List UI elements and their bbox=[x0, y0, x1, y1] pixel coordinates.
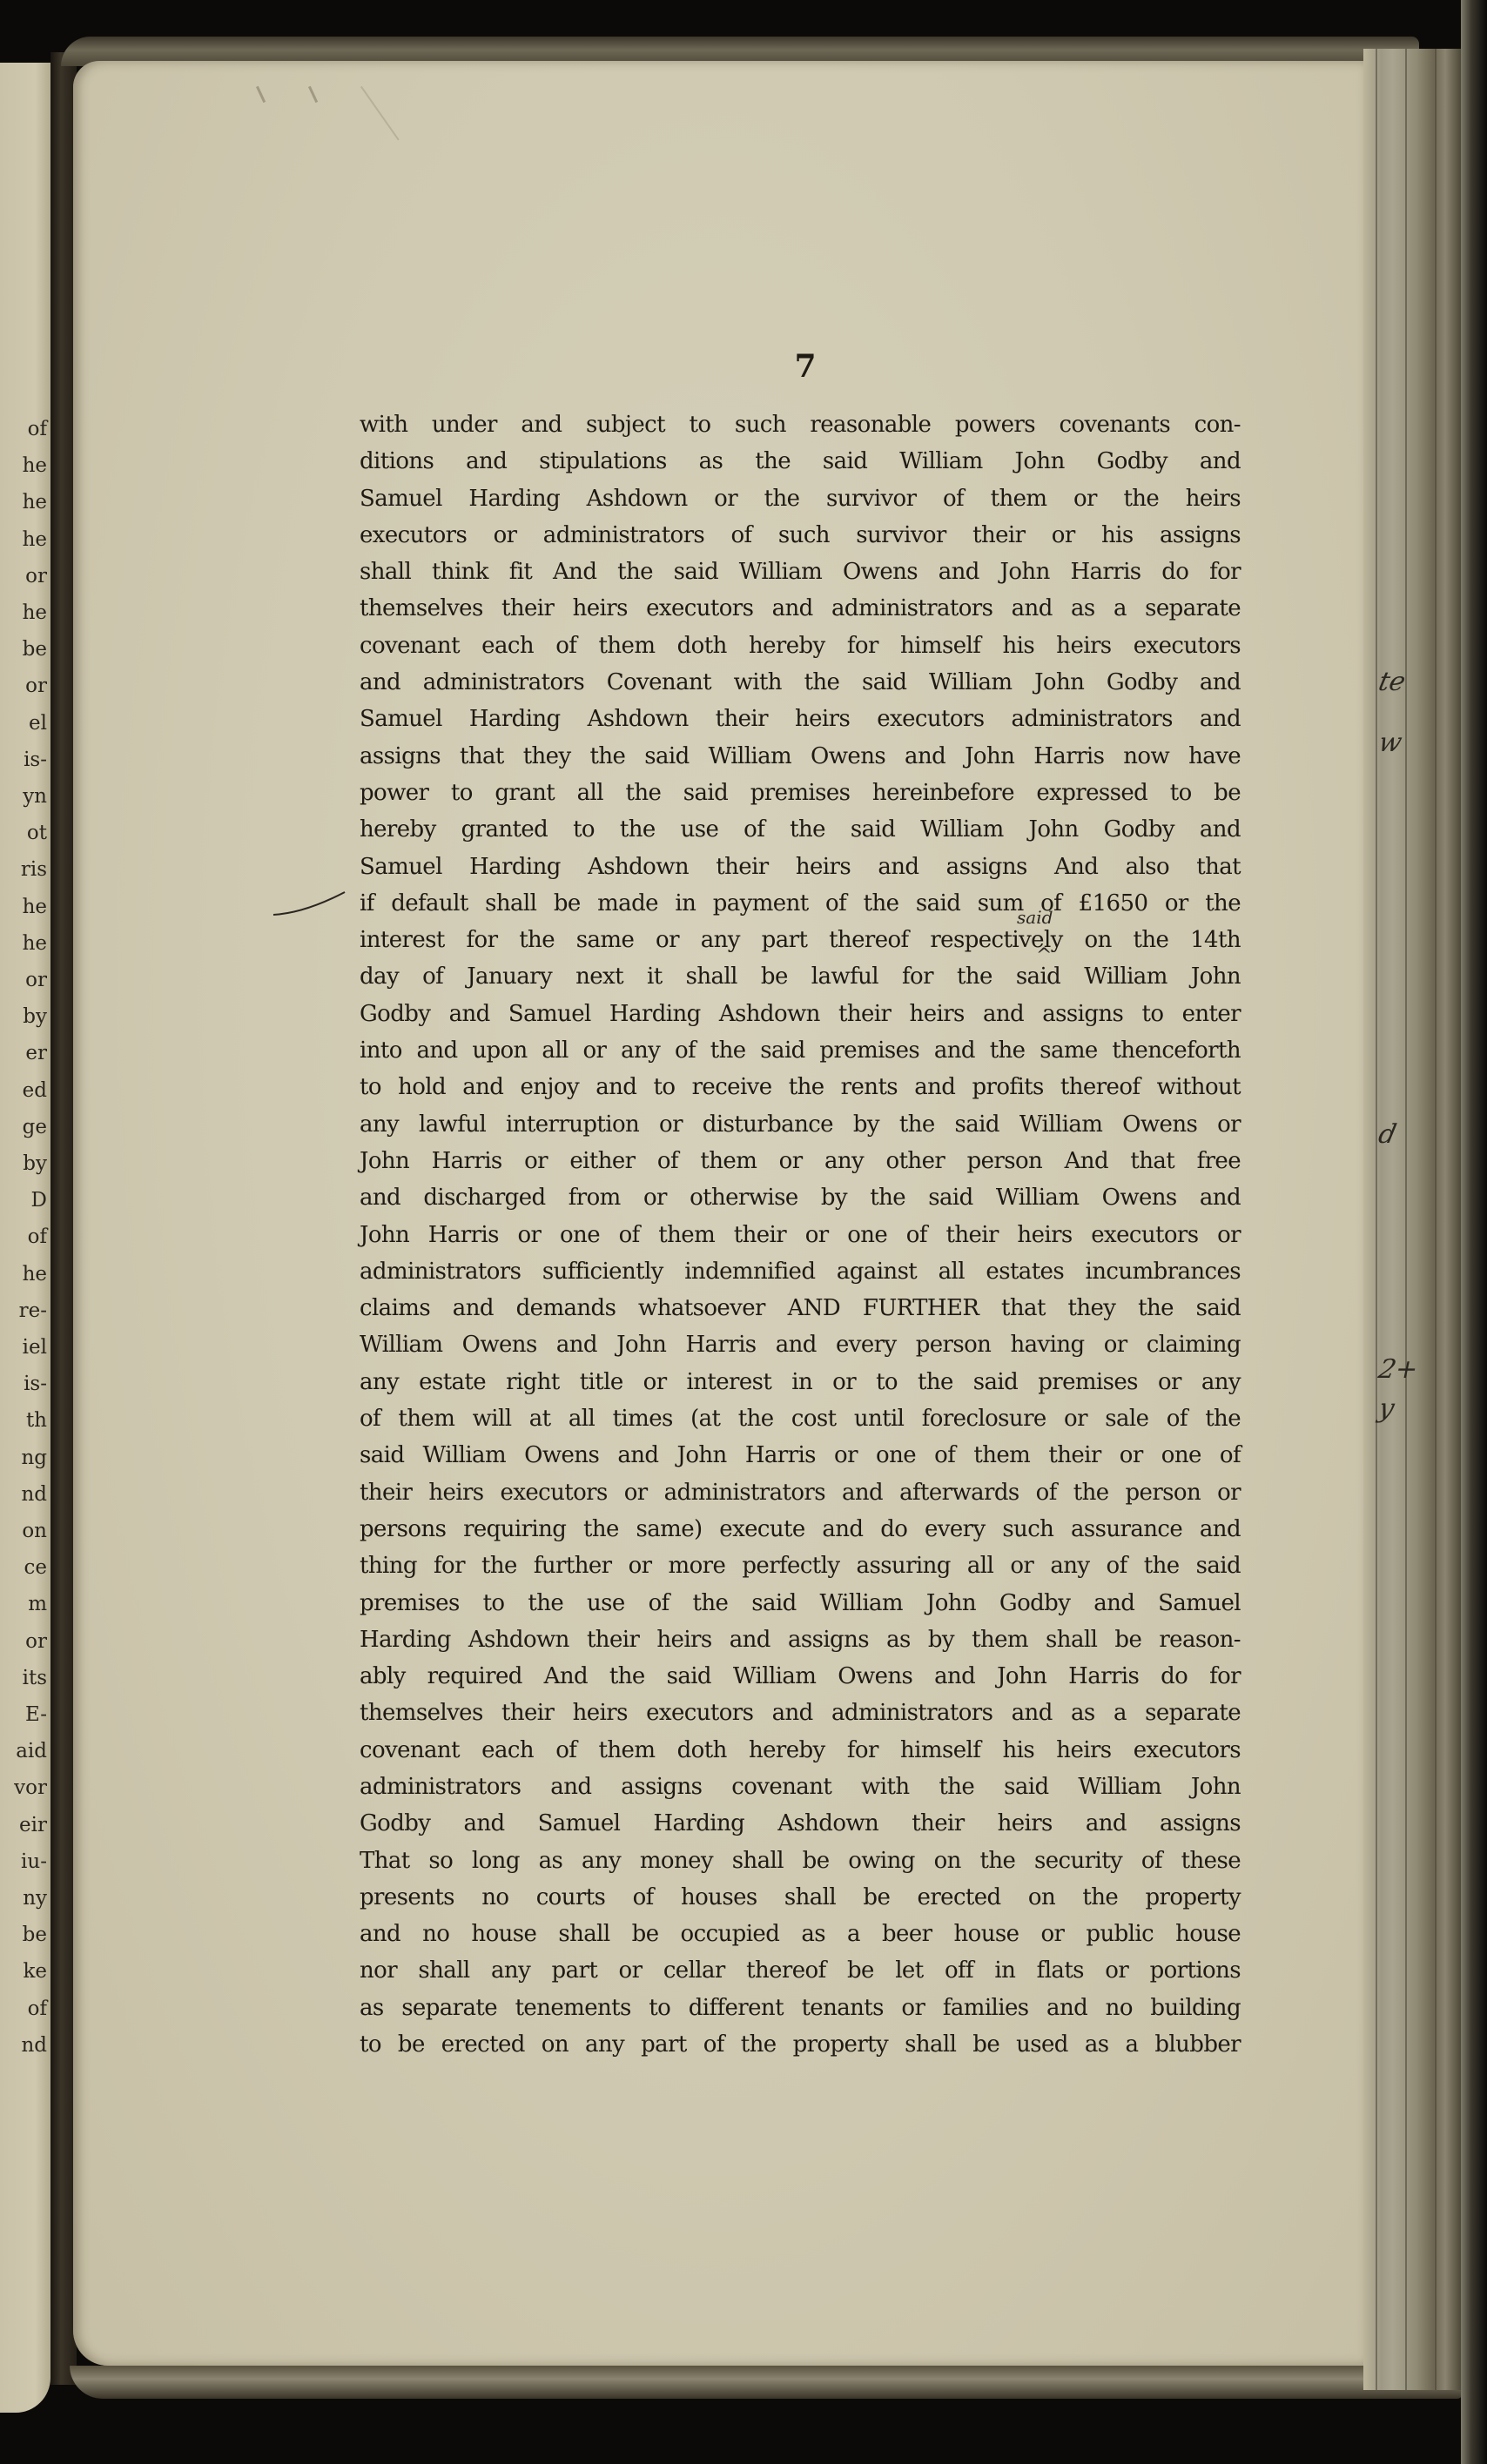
left-page-text-fragment: of bbox=[28, 1227, 47, 1247]
margin-pen-stroke-icon bbox=[270, 883, 348, 918]
text-line: themselves their heirs executors and adm… bbox=[360, 1695, 1241, 1731]
text-line: Samuel Harding Ashdown or the survivor o… bbox=[360, 480, 1241, 517]
text-line: premises to the use of the said William … bbox=[360, 1585, 1241, 1621]
left-page-text-fragment: ke bbox=[23, 1962, 47, 1982]
fore-edge-handwritten-note: d bbox=[1376, 1119, 1399, 1150]
left-page-text-fragment: he bbox=[23, 603, 47, 623]
left-page-text-fragment: ge bbox=[23, 1118, 47, 1138]
text-line: claims and demands whatsoever AND FURTHE… bbox=[360, 1290, 1241, 1326]
text-line: William Owens and John Harris and every … bbox=[360, 1326, 1241, 1363]
fore-edge-handwritten-note: w bbox=[1376, 728, 1404, 758]
text-line: ditions and stipulations as the said Wil… bbox=[360, 443, 1241, 480]
left-page-text-fragment: eir bbox=[19, 1816, 47, 1836]
left-page-text-fragment: ny bbox=[23, 1889, 47, 1909]
text-line: nor shall any part or cellar thereof be … bbox=[360, 1952, 1241, 1989]
left-page-text-fragment: ed bbox=[23, 1081, 47, 1101]
body-text: with under and subject to such reasonabl… bbox=[360, 406, 1241, 2063]
text-line: Godby and Samuel Harding Ashdown their h… bbox=[360, 1805, 1241, 1842]
text-line: interest for the same or any part thereo… bbox=[360, 922, 1241, 958]
left-page-text-fragment: by bbox=[23, 1007, 47, 1027]
left-page-text-fragment: is- bbox=[24, 750, 47, 770]
text-line: thing for the further or more perfectly … bbox=[360, 1548, 1241, 1584]
text-line: said William Owens and John Harris or on… bbox=[360, 1437, 1241, 1474]
text-line: of them will at all times (at the cost u… bbox=[360, 1400, 1241, 1437]
text-line: Samuel Harding Ashdown their heirs and a… bbox=[360, 849, 1241, 885]
left-page-text-fragment: th bbox=[26, 1411, 47, 1431]
scratch-mark bbox=[256, 86, 266, 103]
left-page-text-fragment: yn bbox=[23, 787, 47, 807]
left-page-text-fragment: its bbox=[23, 1668, 47, 1689]
left-page-text-fragment: or bbox=[25, 1632, 47, 1652]
text-line: into and upon all or any of the said pre… bbox=[360, 1032, 1241, 1069]
fore-edge-handwritten-note: 2+ bbox=[1376, 1354, 1421, 1385]
left-page-text-fragment: el bbox=[29, 714, 47, 734]
left-page-text-fragment: on bbox=[22, 1521, 47, 1541]
left-page-text-fragment: of bbox=[28, 1999, 47, 2019]
text-line: with under and subject to such reasonabl… bbox=[360, 406, 1241, 443]
text-line: day of January next it shall be lawful f… bbox=[360, 958, 1241, 995]
text-line: Samuel Harding Ashdown their heirs execu… bbox=[360, 701, 1241, 737]
text-line: if default shall be made in payment of t… bbox=[360, 885, 1241, 922]
left-page-text-fragment: or bbox=[25, 970, 47, 990]
left-page-text-fragment: vor bbox=[14, 1778, 47, 1798]
left-page-text-fragment: iel bbox=[23, 1338, 47, 1358]
text-line: and administrators Covenant with the sai… bbox=[360, 664, 1241, 701]
left-page-text-fragment: ng bbox=[21, 1448, 47, 1468]
left-page-text-fragment: ce bbox=[24, 1558, 48, 1578]
left-page-text-fragment: of bbox=[28, 420, 47, 440]
text-line: John Harris or either of them or any oth… bbox=[360, 1143, 1241, 1179]
left-page-text-fragment: nd bbox=[21, 1485, 47, 1505]
text-line: hereby granted to the use of the said Wi… bbox=[360, 811, 1241, 848]
left-page-text-fragment: or bbox=[25, 676, 47, 696]
text-line: and no house shall be occupied as a beer… bbox=[360, 1916, 1241, 1952]
left-page-text-fragment: re- bbox=[19, 1301, 47, 1321]
text-line: shall think fit And the said William Owe… bbox=[360, 554, 1241, 590]
left-page-text-fragment: ot bbox=[27, 823, 47, 843]
left-page-text-fragment: he bbox=[23, 934, 47, 954]
text-line: executors or administrators of such surv… bbox=[360, 517, 1241, 554]
text-line: to be erected on any part of the propert… bbox=[360, 2026, 1241, 2063]
right-cover-edge bbox=[1461, 0, 1487, 2464]
text-line: Godby and Samuel Harding Ashdown their h… bbox=[360, 996, 1241, 1032]
left-page-text-fragment: be bbox=[23, 1925, 47, 1945]
text-line: covenant each of them doth hereby for hi… bbox=[360, 628, 1241, 664]
text-line: covenant each of them doth hereby for hi… bbox=[360, 1732, 1241, 1769]
text-line: to hold and enjoy and to receive the ren… bbox=[360, 1069, 1241, 1105]
left-page-text-fragment: D bbox=[31, 1191, 47, 1211]
left-page-text-fragment: he bbox=[23, 1265, 47, 1285]
text-line: power to grant all the said premises her… bbox=[360, 775, 1241, 811]
text-line: administrators and assigns covenant with… bbox=[360, 1769, 1241, 1805]
text-line: ably required And the said William Owens… bbox=[360, 1658, 1241, 1695]
text-line: themselves their heirs executors and adm… bbox=[360, 590, 1241, 627]
text-line: That so long as any money shall be owing… bbox=[360, 1843, 1241, 1879]
scratch-mark bbox=[360, 86, 400, 141]
text-line: as separate tenements to different tenan… bbox=[360, 1990, 1241, 2026]
text-line: presents no courts of houses shall be er… bbox=[360, 1879, 1241, 1916]
text-line: Harding Ashdown their heirs and assigns … bbox=[360, 1621, 1241, 1658]
left-page-text-fragment: m bbox=[28, 1595, 47, 1615]
left-page: ofheheheorhebeorelis-ynotrisheheorbyered… bbox=[0, 63, 50, 2413]
left-page-text-fragment: aid bbox=[16, 1742, 47, 1762]
fore-edge-handwritten-note: y bbox=[1376, 1393, 1396, 1424]
left-page-text-fragment: er bbox=[25, 1044, 47, 1064]
scratch-mark bbox=[308, 86, 318, 103]
left-page-text-fragment: ris bbox=[21, 860, 47, 880]
text-line: any estate right title or interest in or… bbox=[360, 1364, 1241, 1400]
text-line: their heirs executors or administrators … bbox=[360, 1474, 1241, 1511]
left-page-text-fragment: be bbox=[23, 640, 47, 660]
left-page-text-fragment: he bbox=[23, 897, 47, 917]
page-bottom-edge bbox=[70, 2366, 1463, 2399]
page-number: 7 bbox=[788, 348, 823, 385]
left-page-text-fragment: is- bbox=[24, 1374, 47, 1394]
left-page-text-fragment: by bbox=[23, 1154, 47, 1174]
text-line: assigns that they the said William Owens… bbox=[360, 738, 1241, 775]
left-page-text-fragment: E- bbox=[25, 1705, 47, 1725]
fore-edge-handwritten-note: te bbox=[1376, 667, 1408, 697]
left-page-text-fragment: or bbox=[25, 567, 47, 587]
left-page-text-fragment: he bbox=[23, 530, 47, 550]
left-page-text-fragment: iu- bbox=[21, 1852, 47, 1872]
text-line: administrators sufficiently indemnified … bbox=[360, 1253, 1241, 1290]
left-page-text-fragment: nd bbox=[21, 2036, 47, 2056]
handwritten-caret: ^ bbox=[1036, 945, 1052, 967]
left-page-text-fragment: he bbox=[23, 456, 47, 476]
text-line: persons requiring the same) execute and … bbox=[360, 1511, 1241, 1548]
left-page-text-fragment: he bbox=[23, 493, 47, 513]
text-line: any lawful interruption or disturbance b… bbox=[360, 1106, 1241, 1143]
handwritten-interlineation: said bbox=[1017, 907, 1053, 928]
fore-edge: tewd2+y bbox=[1363, 49, 1461, 2390]
text-line: John Harris or one of them their or one … bbox=[360, 1217, 1241, 1253]
text-line: and discharged from or otherwise by the … bbox=[360, 1179, 1241, 1216]
